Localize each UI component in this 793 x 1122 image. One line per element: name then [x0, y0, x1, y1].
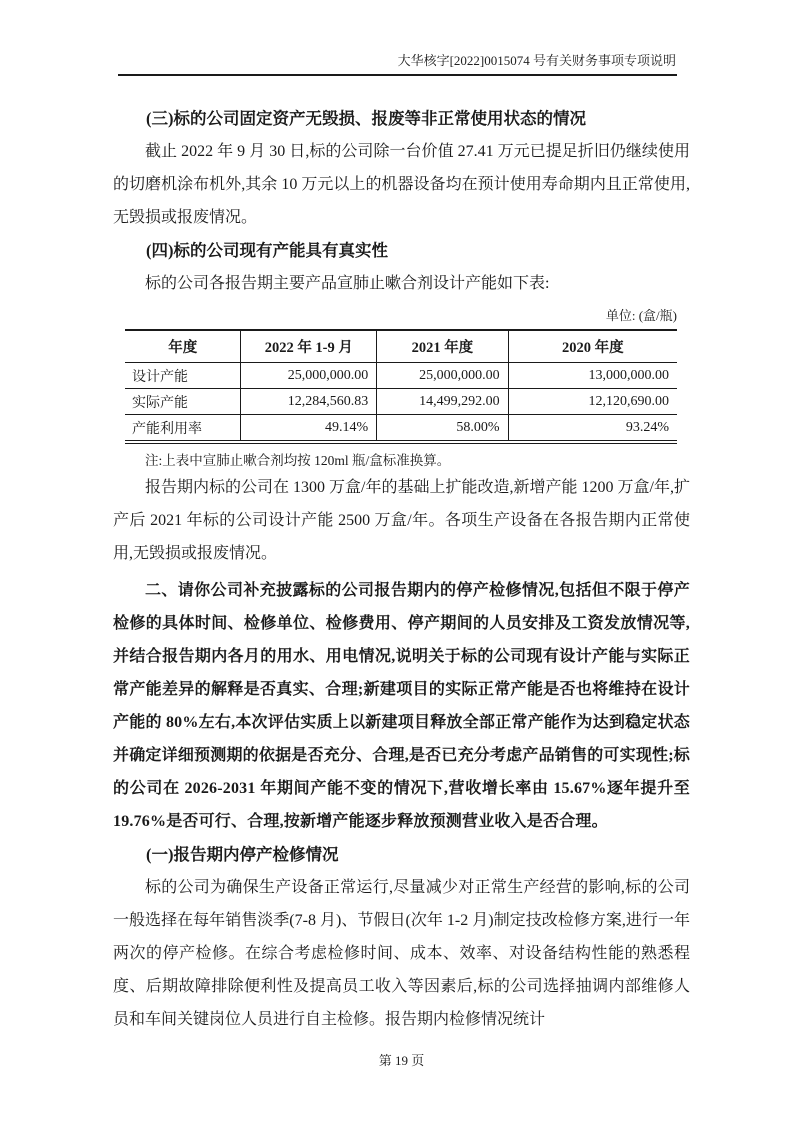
section-1-heading: (一)报告期内停产检修情况 — [113, 838, 690, 871]
table-cell: 14,499,292.00 — [377, 389, 508, 415]
table-row-actual-capacity: 实际产能 12,284,560.83 14,499,292.00 12,120,… — [125, 389, 677, 415]
table-cell: 25,000,000.00 — [241, 363, 377, 389]
table-cell: 49.14% — [241, 415, 377, 443]
table-unit-label: 单位: (盒/瓶) — [113, 307, 690, 325]
section-3-heading: (三)标的公司固定资产无毁损、报废等非正常使用状态的情况 — [113, 102, 690, 135]
table-cell: 58.00% — [377, 415, 508, 443]
table-header-2022: 2022 年 1-9 月 — [241, 330, 377, 363]
table-header-year: 年度 — [125, 330, 241, 363]
table-row-utilization-rate: 产能利用率 49.14% 58.00% 93.24% — [125, 415, 677, 443]
page-number: 第 19 页 — [113, 1050, 690, 1069]
table-cell: 13,000,000.00 — [508, 363, 677, 389]
capacity-expansion-paragraph: 报告期内标的公司在 1300 万盒/年的基础上扩能改造,新增产能 1200 万盒… — [113, 471, 690, 570]
section-4-heading: (四)标的公司现有产能具有真实性 — [113, 234, 690, 267]
table-cell: 25,000,000.00 — [377, 363, 508, 389]
section-3-paragraph: 截止 2022 年 9 月 30 日,标的公司除一台价值 27.41 万元已提足… — [113, 135, 690, 234]
row-label: 产能利用率 — [125, 415, 241, 443]
table-cell: 12,284,560.83 — [241, 389, 377, 415]
capacity-table: 年度 2022 年 1-9 月 2021 年度 2020 年度 设计产能 25,… — [125, 329, 677, 444]
table-note: 注:上表中宣肺止嗽合剂均按 120ml 瓶/盒标准换算。 — [113, 451, 690, 471]
row-label: 实际产能 — [125, 389, 241, 415]
row-label: 设计产能 — [125, 363, 241, 389]
document-header-title: 大华核字[2022]0015074 号有关财务事项专项说明 — [113, 52, 690, 70]
inquiry-question-2-paragraph: 二、请你公司补充披露标的公司报告期内的停产检修情况,包括但不限于停产检修的具体时… — [113, 574, 690, 838]
header-rule — [118, 74, 677, 76]
table-intro-paragraph: 标的公司各报告期主要产品宣肺止嗽合剂设计产能如下表: — [113, 267, 690, 300]
maintenance-overview-paragraph: 标的公司为确保生产设备正常运行,尽量减少对正常生产经营的影响,标的公司一般选择在… — [113, 871, 690, 1036]
table-header-row: 年度 2022 年 1-9 月 2021 年度 2020 年度 — [125, 330, 677, 363]
table-cell: 12,120,690.00 — [508, 389, 677, 415]
table-header-2021: 2021 年度 — [377, 330, 508, 363]
document-page: 大华核字[2022]0015074 号有关财务事项专项说明 (三)标的公司固定资… — [0, 0, 793, 1122]
table-cell: 93.24% — [508, 415, 677, 443]
table-row-design-capacity: 设计产能 25,000,000.00 25,000,000.00 13,000,… — [125, 363, 677, 389]
table-header-2020: 2020 年度 — [508, 330, 677, 363]
